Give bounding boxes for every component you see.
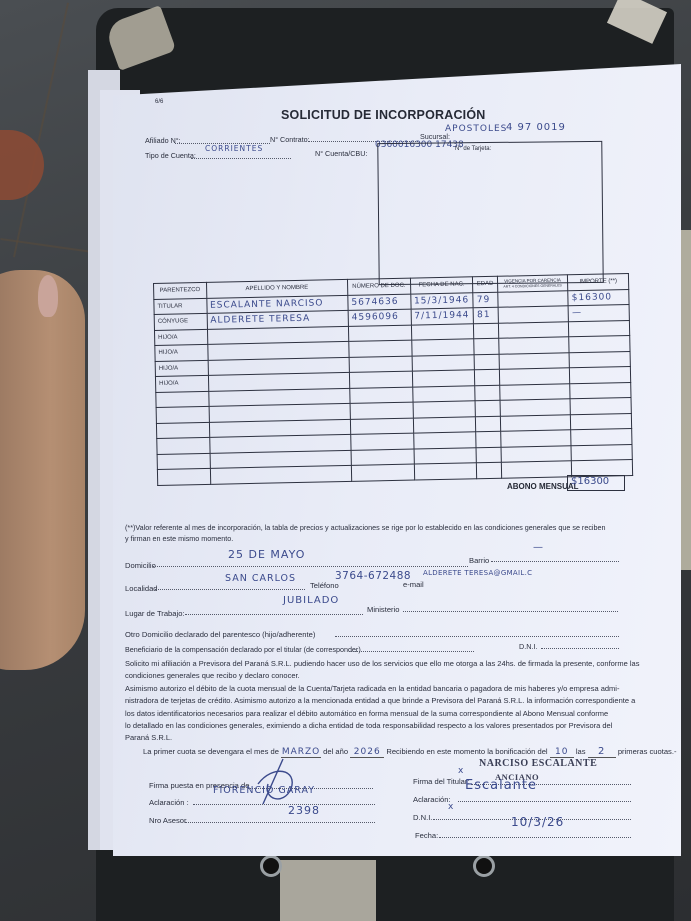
cell-vigencia[interactable] [500,430,571,447]
aclaracion-right-label: Aclaración: [413,795,451,804]
cell-edad[interactable] [476,431,501,447]
photo-box [377,141,603,285]
col-header-edad: EDAD [473,276,498,292]
las-label: las [576,747,586,756]
cell-importe[interactable] [569,336,630,353]
thumbnail [38,275,58,317]
contrato-label: N° Contrato: [270,135,310,144]
cell-vigencia[interactable] [498,321,569,338]
cell-fecha[interactable] [414,463,477,480]
tarjeta-number-value[interactable]: 4 97 0019 [506,122,566,133]
barrio-label: Barrio [469,556,489,565]
grommet-icon [473,855,495,877]
tipo-cuenta-label: Tipo de Cuenta: [145,151,196,160]
cell-vigencia[interactable] [498,337,569,354]
domicilio-field [153,566,468,567]
cell-doc[interactable] [350,402,413,419]
cell-parentezco: HIJO/A [155,375,208,392]
cell-fecha[interactable] [412,385,475,402]
dni-mark[interactable]: x [448,802,454,812]
cell-edad[interactable] [476,447,501,463]
cell-doc[interactable] [349,340,412,357]
cell-parentezco [157,437,210,454]
cell-vigencia[interactable] [501,445,572,462]
cuota-line: La primer cuota se devengara el mes de M… [143,746,677,758]
titular-mark[interactable]: x [458,766,464,776]
aclaracion-left-label: Aclaración : [149,798,189,807]
cell-importe[interactable] [571,429,632,446]
cell-parentezco [157,453,210,470]
cell-fecha[interactable] [413,401,476,418]
cell-fecha[interactable] [411,323,474,340]
beneficiario-dni-field[interactable] [541,648,619,649]
hand [0,270,85,670]
cell-doc[interactable] [351,433,414,450]
ministerio-field[interactable] [403,611,618,612]
otro-domicilio-field[interactable] [335,636,619,637]
bonif-pct-value[interactable]: 10 [550,747,574,758]
asesor-value[interactable]: 2398 [288,804,320,817]
localidad-label: Localidad [125,584,158,593]
cell-parentezco: HIJO/A [155,344,208,361]
cell-parentezco: CÓNYUGE [154,313,207,330]
aclaracion-left-value[interactable]: FIORENCIO GARAY [213,785,315,796]
cell-doc[interactable] [351,464,414,481]
cell-edad[interactable] [474,323,499,339]
form-title: SOLICITUD DE INCORPORACIÓN [281,108,486,122]
cuenta-cbu-label: N° Cuenta/CBU: [315,149,367,158]
domicilio-label: Domicilio [125,561,156,570]
tipo-cuenta-field [191,158,291,159]
cell-parentezco [156,422,209,439]
beneficiario-field[interactable] [349,651,474,652]
cell-edad[interactable] [476,416,501,432]
cell-importe[interactable] [571,413,632,430]
telefono-value[interactable]: 3764-672488 [335,570,411,582]
legal-line: Paraná S.R.L. [125,733,172,742]
col-header-vigencia: VIGENCIA POR CARENCIAART. 4 CONDICIONES … [497,275,568,292]
legal-line: nistradora de terjetas de crédito. Asimi… [125,696,635,705]
cell-edad[interactable] [474,354,499,370]
lugar-trabajo-label: Lugar de Trabajo: [125,609,185,618]
cell-importe[interactable]: — [568,305,629,322]
cell-fecha[interactable]: 7/11/1944 [411,308,474,325]
cell-importe[interactable] [571,444,632,461]
localidad-value[interactable]: SAN CARLOS [225,573,296,584]
cell-edad[interactable]: 81 [473,307,498,323]
legal-line: Asimismo autorizo el débito de la cuota … [125,684,619,693]
legal-line: Solicito mi afiliación a Previsora del P… [125,659,639,668]
tipo-cuenta-value[interactable]: CORRIENTES [205,144,263,153]
beneficiario-dni-label: D.N.I. [519,642,537,651]
cell-doc[interactable] [349,371,412,388]
otro-domicilio-label: Otro Domicilio declarado del parentesco … [125,630,315,639]
cell-edad[interactable] [475,400,500,416]
beneficiario-label: Beneficiario de la compensación declarad… [125,645,361,654]
cell-vigencia[interactable] [497,290,568,307]
asesor-field [185,822,375,823]
barrio-value[interactable]: — [533,542,544,553]
anio-label: del año [323,747,348,756]
sucursal-value[interactable]: APOSTOLES [445,124,507,134]
cell-parentezco: HIJO/A [154,329,207,346]
cell-fecha[interactable] [412,370,475,387]
cell-vigencia[interactable] [499,352,570,369]
vigencia-subtitle: ART. 4 CONDICIONES GENERALES [503,283,562,288]
cell-doc[interactable] [350,418,413,435]
legal-line: condiciones generales que recibo y decla… [125,671,300,680]
cell-edad[interactable] [477,462,502,478]
email-value[interactable]: ALDERETE TERESA@GMAIL.C [423,569,532,577]
dni-label: D.N.I. [413,813,432,822]
legal-line: lo detallado en las condiciones generale… [125,721,612,730]
cell-edad[interactable] [474,338,499,354]
cell-vigencia[interactable] [500,414,571,431]
email-label: e-mail [403,580,424,589]
members-table: PARENTEZCO APELLIDO Y NOMBRE NÚMERO DE D… [153,273,633,485]
cell-edad[interactable] [475,385,500,401]
col-header-fecha: FECHA DE NAC. [410,277,473,294]
legal-line: los datos identificatorios necesarios pa… [125,709,608,718]
stamp-name: NARCISO ESCALANTE [479,758,597,769]
cell-edad[interactable] [475,369,500,385]
cell-fecha[interactable] [411,339,474,356]
col-header-parentezco: PARENTEZCO [154,282,207,299]
fecha-value[interactable]: 10/3/26 [511,815,564,829]
cell-importe[interactable] [569,351,630,368]
cell-doc[interactable] [350,387,413,404]
cell-fecha[interactable] [413,416,476,433]
cell-importe[interactable] [570,367,631,384]
cell-doc[interactable] [348,325,411,342]
cell-edad[interactable]: 79 [473,292,498,308]
witness-signature-scribble [253,754,313,809]
page-ref: 6/6 [155,99,163,105]
cell-doc[interactable]: 5674636 [348,294,411,311]
barrio-field [491,561,619,562]
cuota-suffix: primeras cuotas.- [618,747,677,756]
lugar-trabajo-value[interactable]: JUBILADO [283,595,339,606]
grommet-icon [260,855,282,877]
titular-label: Firma del Titular: [413,777,470,786]
aclaracion-right-value[interactable]: Escalante [465,778,537,793]
bonif-text: Recibiendo en este momento la bonificaci… [386,747,547,756]
cell-parentezco [157,468,210,485]
cuotas-value[interactable]: 2 [588,746,616,758]
cell-vigencia[interactable] [498,306,569,323]
fecha-label: Fecha: [415,831,438,840]
telefono-label: Teléfono [310,581,339,590]
cell-importe[interactable] [570,398,631,415]
cell-fecha[interactable] [412,354,475,371]
localidad-field [155,589,305,590]
cell-fecha[interactable] [413,432,476,449]
cell-fecha[interactable]: 15/3/1946 [410,292,473,309]
cell-fecha[interactable] [414,447,477,464]
cell-parentezco: TITULAR [154,298,207,315]
cell-vigencia[interactable] [499,368,570,385]
cell-vigencia[interactable] [501,461,572,478]
cell-importe[interactable] [572,460,633,477]
col-header-importe: IMPORTE (**) [568,274,629,291]
domicilio-value[interactable]: 25 DE MAYO [228,548,305,561]
cell-importe[interactable] [570,382,631,399]
cell-vigencia[interactable] [500,399,571,416]
fecha-field [439,837,631,838]
cell-parentezco [156,406,209,423]
application-form: 6/6 SOLICITUD DE INCORPORACIÓN Afiliado … [113,64,681,856]
cell-nombre[interactable] [210,465,352,483]
cell-vigencia[interactable] [499,383,570,400]
note-line-1: (**)Valor referente al mes de incorporac… [125,523,606,532]
aclaracion-left-field [193,804,375,805]
cell-doc[interactable] [351,449,414,466]
cell-importe[interactable] [569,320,630,337]
cell-parentezco: HIJO/A [155,360,208,377]
abono-mensual-value[interactable]: $16300 [567,475,625,491]
cell-parentezco [156,391,209,408]
note-line-2: y firman en este mismo momento. [125,534,233,543]
asesor-label: Nro Asesor [149,816,187,825]
lugar-trabajo-field [185,614,363,615]
ministerio-label: Ministerio [367,605,400,614]
cuota-anio-value[interactable]: 2026 [350,747,384,758]
cell-doc[interactable]: 4596096 [348,309,411,326]
col-header-doc: NÚMERO DE DOC. [347,278,410,295]
cell-doc[interactable] [349,356,412,373]
aclaracion-right-field [458,801,631,802]
cell-importe[interactable]: $16300 [568,289,629,306]
folder-tape [280,860,376,921]
